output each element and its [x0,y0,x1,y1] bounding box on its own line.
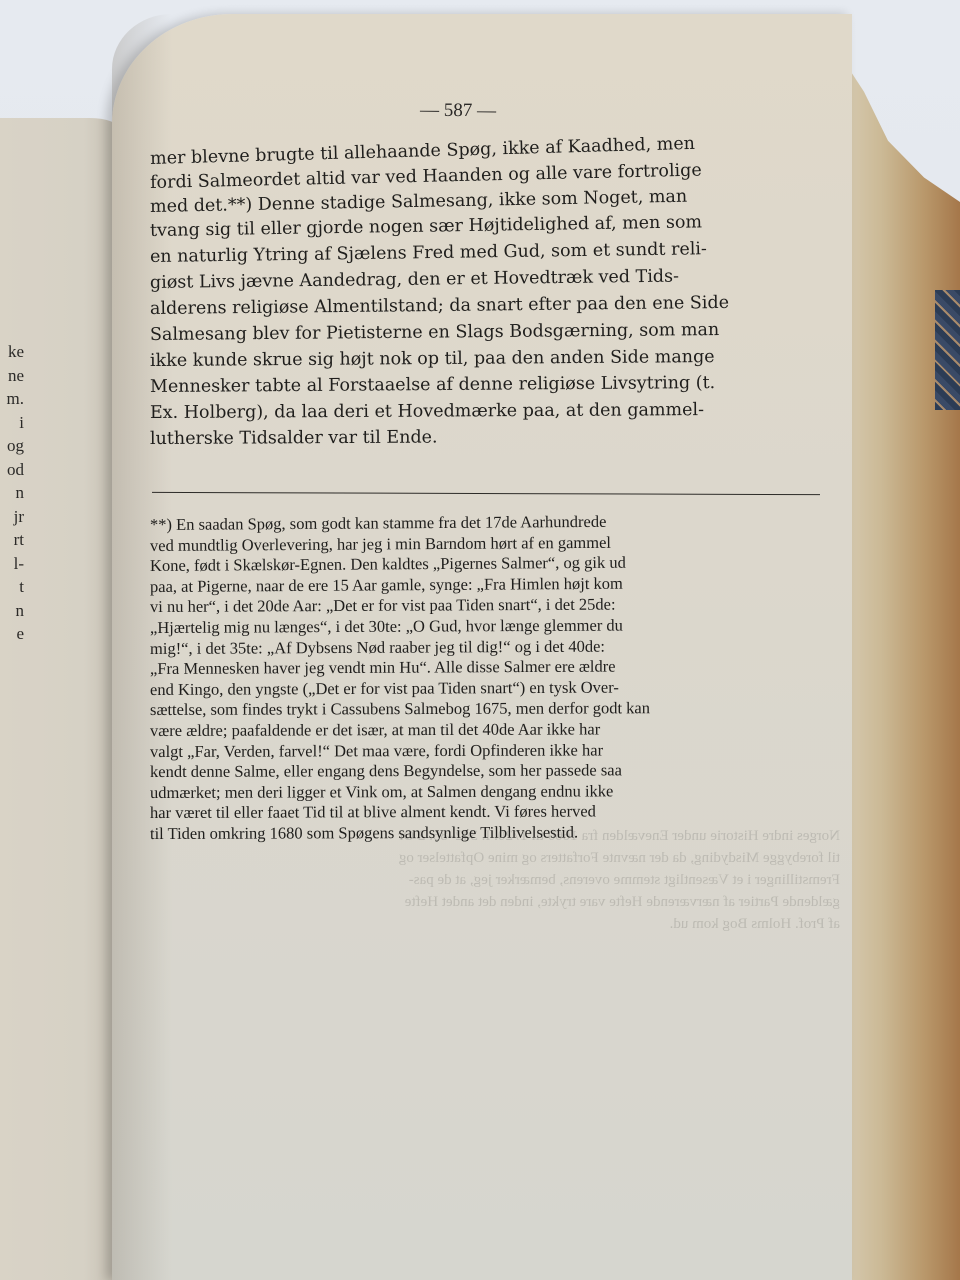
left-fragment: og [0,434,24,458]
left-fragment: ke [0,340,24,364]
bleed-line: Norges indre Historie under Enevælden fr… [240,825,840,847]
bleed-line: Fremstillinger i et Væsentligt stemme ov… [240,869,840,891]
left-fragment: ne [0,364,24,388]
footnote-line: være ældre; paafaldende er det især, at … [150,719,830,742]
page-number: — 587 — [420,100,496,123]
main-text: mer blevne brugte til allehaande Spøg, i… [150,140,790,452]
text-line: Ex. Holberg), da laa deri et Hovedmærke … [150,397,790,426]
left-fragment: n [0,599,24,623]
left-fragment: rt [0,528,24,552]
bleed-line: gældende Partier af nærværende Hefte var… [240,891,840,913]
bleed-through-text: Norges indre Historie under Enevælden fr… [240,825,840,935]
left-fragment: n [0,481,24,505]
footnote-line: kendt denne Salme, eller engang dens Beg… [150,760,830,783]
footnote-line: har været til eller faaet Tid til at bli… [150,801,830,824]
left-fragment: e [0,622,24,646]
left-fragment: jr [0,505,24,529]
left-fragment: m. [0,387,24,411]
footnote-line: sættelse, som findes trykt i Cassubens S… [150,698,830,721]
footnote-line: „Hjærtelig mig nu længes“, i det 30te: „… [150,614,830,638]
footnote-line: valgt „Far, Verden, farvel!“ Det maa vær… [150,739,830,762]
left-page: ke ne m. i og od n jr rt l- t n e [0,118,120,1280]
book-page-edges [840,55,960,1280]
text-line: Mennesker tabte al Forstaaelse af denne … [150,370,790,400]
text-line: lutherske Tidsalder var til Ende. [150,423,790,452]
left-fragment: l- [0,552,24,576]
bleed-line: af Prof. Holms Bog kom ud. [240,913,840,935]
left-fragment: od [0,458,24,482]
left-fragment: t [0,575,24,599]
footnote: **) En saadan Spøg, som godt kan stamme … [150,515,830,845]
footnote-line: udmærket; men deri ligger et Vink om, at… [150,780,830,803]
left-fragment: i [0,411,24,435]
bleed-line: til forebygge Misdyding, da der nævnte F… [240,847,840,869]
footnote-line: end Kingo, den yngste („Det er for vist … [150,676,830,700]
marbled-cover [935,290,960,410]
left-page-text-fragments: ke ne m. i og od n jr rt l- t n e [0,340,24,646]
